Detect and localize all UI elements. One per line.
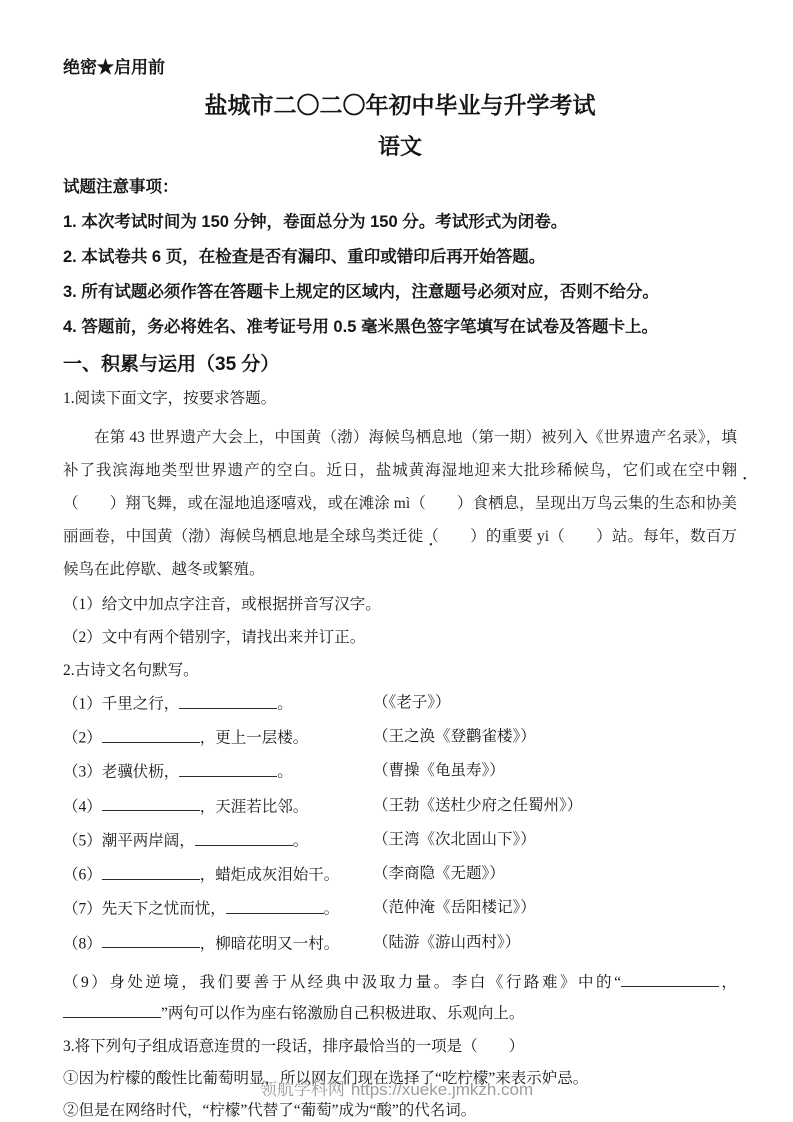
notice-item: 1. 本次考试时间为 150 分钟，卷面总分为 150 分。考试形式为闭卷。 (63, 213, 737, 232)
dictation-row: （2），更上一层楼。 （王之涣《登鹳雀楼》） (63, 727, 737, 748)
dictation-text: （3）老骥伏枥，。 (63, 761, 373, 782)
section-one-heading: 一、积累与运用（35 分） (63, 353, 737, 376)
dictation-item-9: （9）身处逆境，我们要善于从经典中汲取力量。李白《行路难》中的“，”两句可以作为… (63, 967, 737, 1029)
exam-title: 盐城市二〇二〇年初中毕业与升学考试 (63, 90, 737, 120)
watermark-footer: 领航学科网https://xueke.jmkzh.com (0, 1080, 793, 1100)
dictation-row: （5）潮平两岸阔，。 （王湾《次北固山下》） (63, 830, 737, 851)
notice-heading: 试题注意事项： (63, 178, 737, 197)
notice-item: 3. 所有试题必须作答在答题卡上规定的区域内，注意题号必须对应，否则不给分。 (63, 283, 737, 302)
dictation-row: （7）先天下之忧而忧，。 （范仲淹《岳阳楼记》） (63, 898, 737, 919)
question-1-stem: 1.阅读下面文字，按要求答题。 (63, 389, 737, 408)
dictation-text: （2），更上一层楼。 (63, 727, 373, 748)
dictation-source: （《老子》） (373, 693, 737, 714)
watermark-site-name: 领航学科网 (260, 1080, 345, 1099)
exam-paper-page: 绝密★启用前 盐城市二〇二〇年初中毕业与升学考试 语文 试题注意事项： 1. 本… (0, 0, 793, 1122)
watermark-site-url: https://xueke.jmkzh.com (351, 1080, 533, 1099)
dictation-text: （1）千里之行，。 (63, 693, 373, 714)
dictation-text: （7）先天下之忧而忧，。 (63, 898, 373, 919)
question-3-stem: 3.将下列句子组成语意连贯的一段话，排序最恰当的一项是（ ） (63, 1037, 737, 1056)
dictation-row: （6），蜡炬成灰泪始干。 （李商隐《无题》） (63, 864, 737, 885)
dictation-source: （王勃《送杜少府之任蜀州》） (373, 796, 737, 817)
dictation-list: （1）千里之行，。 （《老子》） （2），更上一层楼。 （王之涣《登鹳雀楼》） … (63, 693, 737, 953)
dictation-source: （范仲淹《岳阳楼记》） (373, 898, 737, 919)
notice-list: 1. 本次考试时间为 150 分钟，卷面总分为 150 分。考试形式为闭卷。2.… (63, 213, 737, 337)
dictation-source: （李商隐《无题》） (373, 864, 737, 885)
dictation-row: （3）老骥伏枥，。 （曹操《龟虽寿》） (63, 761, 737, 782)
dictation-row: （4），天涯若比邻。 （王勃《送杜少府之任蜀州》） (63, 796, 737, 817)
question-2-stem: 2.古诗文名句默写。 (63, 661, 737, 680)
dictation-source: （陆游《游山西村》） (373, 933, 737, 954)
notice-item: 2. 本试卷共 6 页，在检查是否有漏印、重印或错印后再开始答题。 (63, 248, 737, 267)
sub-question: （1）给文中加点字注音，或根据拼音写汉字。 (63, 595, 737, 614)
reading-passage: 在第 43 世界遗产大会上，中国黄（渤）海候鸟栖息地（第一期）被列入《世界遗产名… (63, 421, 737, 586)
dictation-text: （4），天涯若比邻。 (63, 796, 373, 817)
question-1-sub-questions: （1）给文中加点字注音，或根据拼音写汉字。（2）文中有两个错别字，请找出来并订正… (63, 595, 737, 647)
classification-label: 绝密★启用前 (63, 58, 737, 78)
notice-item: 4. 答题前，务必将姓名、准考证号用 0.5 毫米黑色签字笔填写在试卷及答题卡上… (63, 318, 737, 337)
dictation-text: （5）潮平两岸阔，。 (63, 830, 373, 851)
dictation-text: （6），蜡炬成灰泪始干。 (63, 864, 373, 885)
dictation-source: （王湾《次北固山下》） (373, 830, 737, 851)
sub-question: （2）文中有两个错别字，请找出来并订正。 (63, 628, 737, 647)
exam-subject: 语文 (63, 133, 737, 161)
dictation-source: （曹操《龟虽寿》） (373, 761, 737, 782)
dictation-row: （8），柳暗花明又一村。 （陆游《游山西村》） (63, 933, 737, 954)
dictation-source: （王之涣《登鹳雀楼》） (373, 727, 737, 748)
dictation-row: （1）千里之行，。 （《老子》） (63, 693, 737, 714)
sentence-option: ②但是在网络时代，“柠檬”代替了“葡萄”成为“酸”的代名词。 (63, 1101, 737, 1120)
dictation-text: （8），柳暗花明又一村。 (63, 933, 373, 954)
